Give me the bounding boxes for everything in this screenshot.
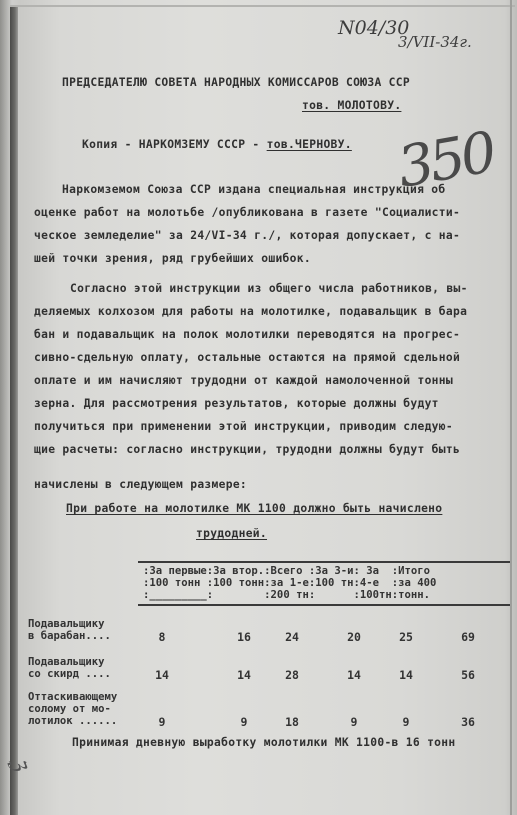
table-cell: 16 bbox=[224, 630, 264, 644]
table-header-row: :_________: :200 тн: :100тн:тонн. bbox=[143, 590, 430, 601]
table-cell: 9 bbox=[142, 715, 182, 729]
margin-handwritten-mark: ℨ bbox=[5, 754, 32, 774]
document-page: N04/30 3/VII-34г. ПРЕДСЕДАТЕЛЮ СОВЕТА НА… bbox=[0, 0, 517, 815]
last-line: Принимая дневную выработку молотилки МК … bbox=[72, 736, 455, 749]
paragraph-line: Наркомземом Союза ССР издана специальная… bbox=[62, 183, 445, 196]
row-label: в барабан.... bbox=[28, 630, 111, 642]
table-cell: 36 bbox=[448, 715, 488, 729]
table-cell: 14 bbox=[142, 668, 182, 682]
table-caption-line-1: При работе на молотилке МК 1100 должно б… bbox=[66, 502, 442, 515]
paragraph-line: сивно-сдельную оплату, остальные остаютс… bbox=[34, 351, 460, 364]
paragraph-line: деляемых колхозом для работы на молотилк… bbox=[34, 305, 467, 318]
paragraph-line: зерна. Для рассмотрения результатов, кот… bbox=[34, 397, 439, 410]
page-fold-shadow bbox=[10, 5, 18, 815]
row-label: Подавальщику bbox=[28, 656, 105, 668]
copy-recipient: тов.ЧЕРНОВУ. bbox=[267, 138, 352, 151]
paragraph-line: щие расчеты: согласно инструкции, трудод… bbox=[34, 443, 460, 456]
table-cell: 8 bbox=[142, 630, 182, 644]
table-cell: 14 bbox=[386, 668, 426, 682]
table-header-rule bbox=[138, 604, 510, 606]
addressee-line-2: тов. МОЛОТОВУ. bbox=[302, 99, 401, 112]
copy-prefix: Копия - НАРКОМЗЕМУ СССР - bbox=[82, 138, 267, 151]
paragraph-line: оценке работ на молотьбе /опубликована в… bbox=[34, 206, 460, 219]
paragraph-line: оплате и им начисляют трудодни от каждой… bbox=[34, 374, 453, 387]
row-label: со скирд .... bbox=[28, 668, 111, 680]
row-label: Подавальщику bbox=[28, 618, 105, 630]
table-cell: 9 bbox=[224, 715, 264, 729]
table-cell: 14 bbox=[334, 668, 374, 682]
handwritten-date: 3/VII-34г. bbox=[398, 33, 472, 51]
row-label: Оттаскивающему bbox=[28, 691, 117, 703]
paragraph-line: получиться при применении этой инструкци… bbox=[34, 420, 453, 433]
paragraph-line: Согласно этой инструкции из общего числа… bbox=[70, 282, 468, 295]
paragraph-line: начислены в следующем размере: bbox=[34, 478, 247, 491]
table-cell: 25 bbox=[386, 630, 426, 644]
row-label: лотилок ...... bbox=[28, 715, 117, 727]
paragraph-line: бан и подавальщик на полок молотилки пер… bbox=[34, 328, 460, 341]
paragraph-line: ческое земледелие" за 24/VI-34 г./, кото… bbox=[34, 229, 460, 242]
table-cell: 18 bbox=[272, 715, 312, 729]
table-cell: 14 bbox=[224, 668, 264, 682]
paragraph-line: шей точки зрения, ряд грубейших ошибок. bbox=[34, 252, 311, 265]
table-cell: 24 bbox=[272, 630, 312, 644]
table-cell: 20 bbox=[334, 630, 374, 644]
table-cell: 69 bbox=[448, 630, 488, 644]
copy-line: Копия - НАРКОМЗЕМУ СССР - тов.ЧЕРНОВУ. bbox=[82, 138, 352, 151]
table-cell: 56 bbox=[448, 668, 488, 682]
table-cell: 9 bbox=[386, 715, 426, 729]
table-cell: 9 bbox=[334, 715, 374, 729]
table-top-rule bbox=[138, 561, 510, 563]
table-header-row: :100 тонн :100 тонн:за 1-е:100 тн:4-е :з… bbox=[143, 578, 436, 589]
addressee-line-1: ПРЕДСЕДАТЕЛЮ СОВЕТА НАРОДНЫХ КОМИССАРОВ … bbox=[62, 76, 410, 89]
page-right-edge bbox=[510, 0, 512, 815]
table-header-row: :За первые:За втор.:Всего :За 3-и: За :И… bbox=[143, 566, 430, 577]
table-caption-line-2: трудодней. bbox=[196, 527, 267, 540]
page-top-edge bbox=[10, 5, 515, 7]
row-label: солому от мо- bbox=[28, 703, 111, 715]
table-cell: 28 bbox=[272, 668, 312, 682]
